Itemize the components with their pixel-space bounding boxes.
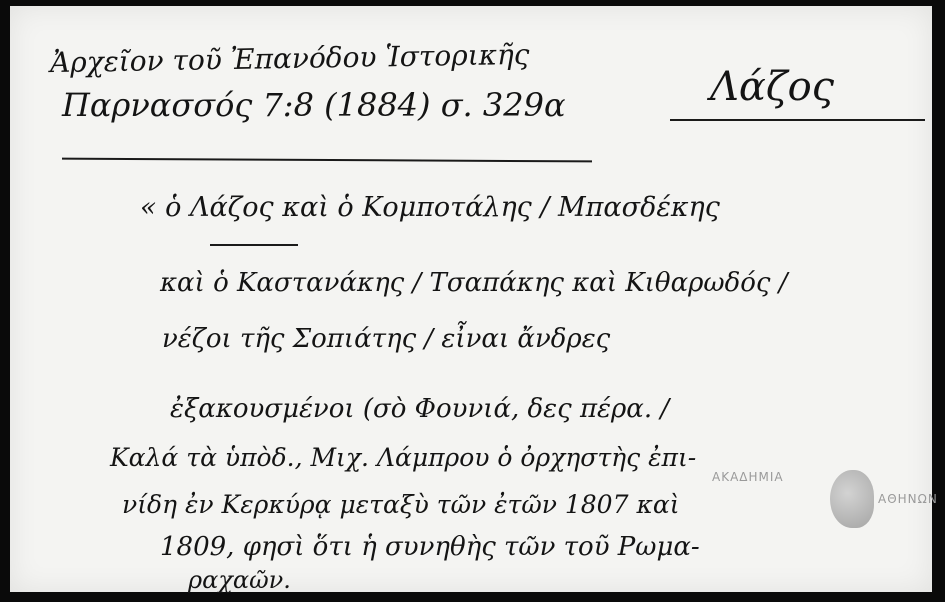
headword-underline [670, 119, 925, 121]
source-line-1: Ἀρχεῖον τοῦ Ἐπανόδου Ἱστορικῆς [50, 38, 530, 79]
body-line-3: νέζοι τῆς Σοπιάτης / εἶναι ἄνδρες [162, 324, 610, 354]
body-line-8: ραχαῶν. [188, 566, 291, 594]
headword-occurrence-underline [210, 244, 298, 246]
athena-head-icon [830, 470, 874, 528]
index-card: Ἀρχεῖον τοῦ Ἐπανόδου Ἱστορικῆς Παρνασσός… [10, 6, 932, 592]
body-line-2: καὶ ὁ Καστανάκης / Τσαπάκης καὶ Κιθαρωδό… [160, 268, 788, 298]
source-underline [62, 158, 592, 163]
headword: Λάζος [710, 64, 834, 110]
body-line-4: ἐξακουσμένοι (σὸ Φουνιά, δες πέρα. / [170, 394, 669, 424]
body-line-6: νίδη ἐν Κερκύρᾳ μεταξὺ τῶν ἐτῶν 1807 καὶ [122, 490, 680, 519]
watermark-left-text: ΑΚΑΔΗΜΙΑ [712, 470, 784, 484]
body-line-5: Καλά τὰ ὑπὸδ., Μιχ. Λάμπρου ὁ ὀρχηστὴς ἐ… [110, 443, 696, 472]
source-line-2: Παρνασσός 7:8 (1884) σ. 329α [62, 86, 566, 124]
body-line-7: 1809, φησὶ ὅτι ἡ συνηθὴς τῶν τοῦ Ρωμα- [160, 532, 700, 562]
watermark-stamp: ΑΚΑΔΗΜΙΑ ΑΘΗΝΩΝ [830, 470, 938, 528]
watermark-right-text: ΑΘΗΝΩΝ [878, 492, 938, 506]
body-line-1: « ὁ Λάζος καὶ ὁ Κομποτάλης / Μπασδέκης [140, 192, 720, 223]
